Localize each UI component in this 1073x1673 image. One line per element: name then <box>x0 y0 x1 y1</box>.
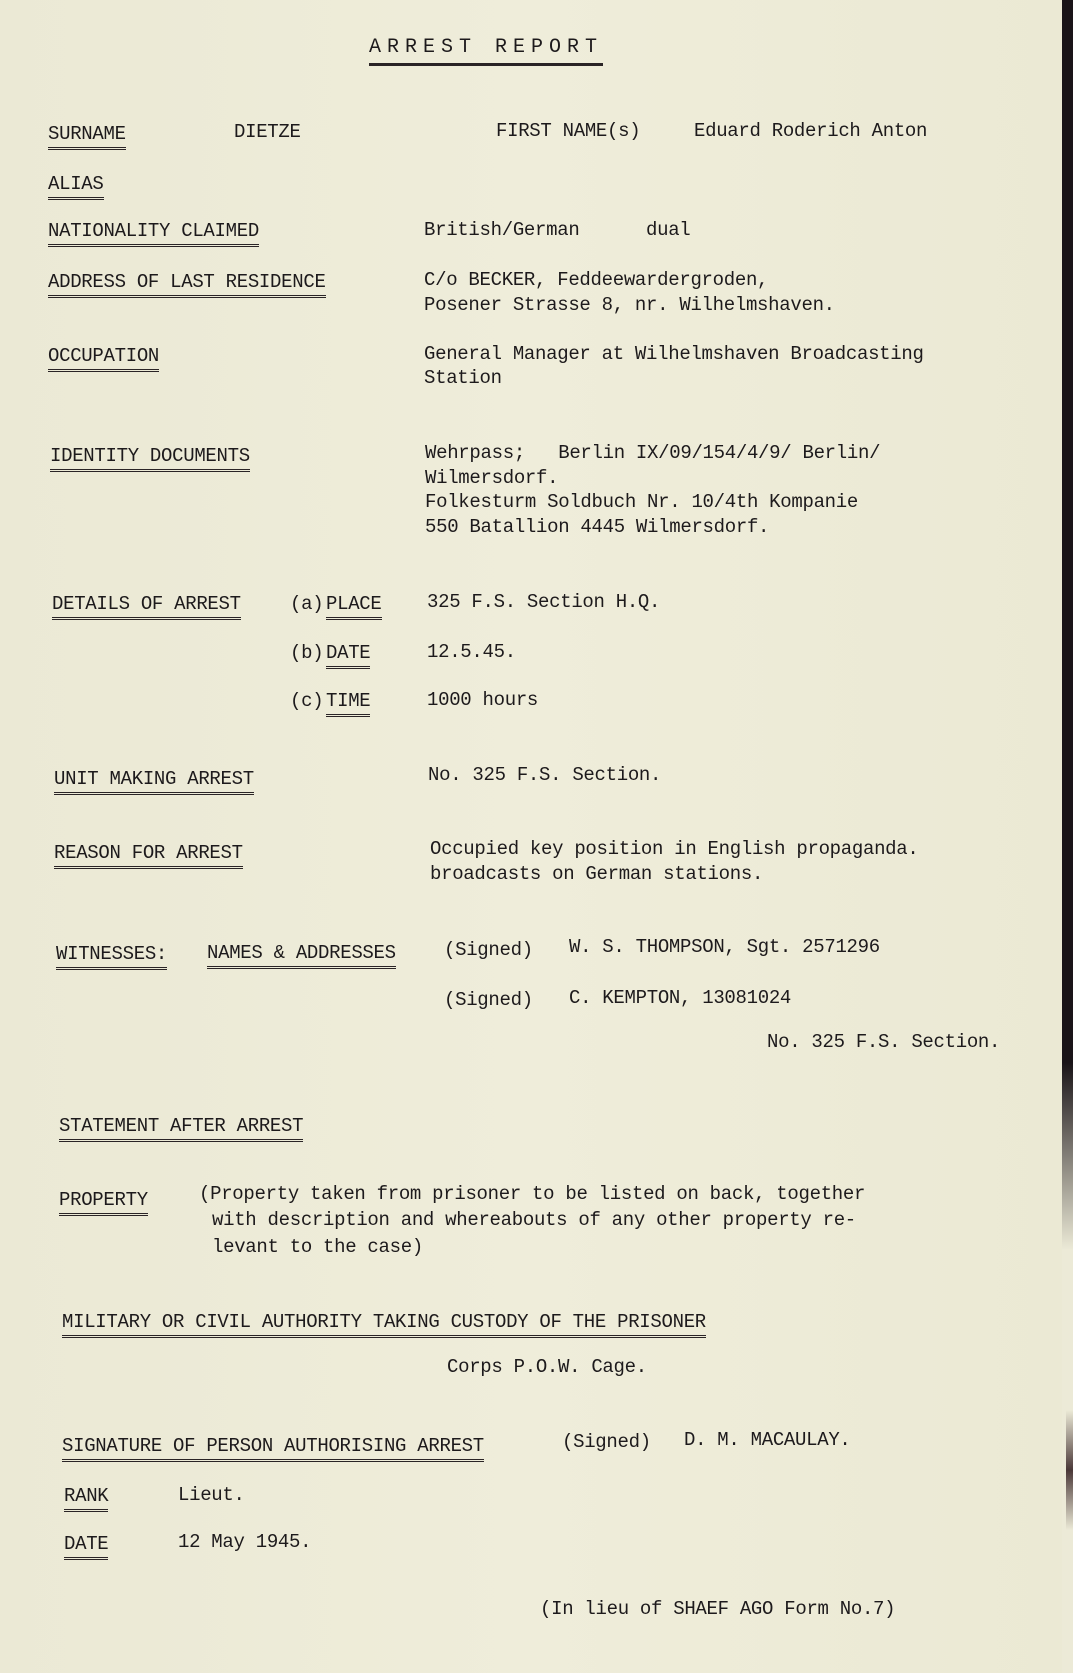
place-prefix: (a) <box>290 592 323 616</box>
witnesses-label: WITNESSES: <box>56 942 167 970</box>
authorising-name: D. M. MACAULAY. <box>684 1428 851 1452</box>
time-value: 1000 hours <box>427 688 538 712</box>
identity-line-2: Wilmersdorf. <box>425 466 558 490</box>
report-title: ARREST REPORT <box>333 12 603 60</box>
property-line-1: (Property taken from prisoner to be list… <box>199 1182 865 1206</box>
property-line-3: levant to the case) <box>212 1235 423 1259</box>
identity-line-3: Folkesturm Soldbuch Nr. 10/4th Kompanie <box>425 490 858 514</box>
custody-label: MILITARY OR CIVIL AUTHORITY TAKING CUSTO… <box>62 1310 706 1338</box>
address-line-1: C/o BECKER, Feddeewardergroden, <box>424 268 768 292</box>
time-label: TIME <box>326 689 370 717</box>
nationality-label: NATIONALITY CLAIMED <box>48 219 259 247</box>
custody-value: Corps P.O.W. Cage. <box>447 1355 647 1379</box>
time-prefix: (c) <box>290 689 323 713</box>
witness-2-signed: (Signed) <box>444 988 533 1012</box>
place-value: 325 F.S. Section H.Q. <box>427 590 660 614</box>
page-edge-shadow-lower <box>1066 1410 1073 1530</box>
identity-documents-label: IDENTITY DOCUMENTS <box>50 444 250 472</box>
property-label: PROPERTY <box>59 1188 148 1216</box>
occupation-line-1: General Manager at Wilhelmshaven Broadca… <box>424 342 924 366</box>
arrest-date-label: DATE <box>326 641 370 669</box>
identity-line-4: 550 Batallion 4445 Wilmersdorf. <box>425 515 769 539</box>
first-names-value: Eduard Roderich Anton <box>694 119 927 143</box>
occupation-label: OCCUPATION <box>48 344 159 372</box>
first-names-label: FIRST NAME(s) <box>496 119 640 143</box>
witnesses-unit: No. 325 F.S. Section. <box>767 1030 1000 1054</box>
date-prefix: (b) <box>290 641 323 665</box>
reason-label: REASON FOR ARREST <box>54 841 243 869</box>
identity-line-1: Wehrpass; Berlin IX/09/154/4/9/ Berlin/ <box>425 441 880 465</box>
date-value: 12 May 1945. <box>178 1530 311 1554</box>
reason-line-2: broadcasts on German stations. <box>430 862 763 886</box>
witnesses-sublabel: NAMES & ADDRESSES <box>207 941 396 969</box>
date-label: DATE <box>64 1532 108 1560</box>
form-footer: (In lieu of SHAEF AGO Form No.7) <box>540 1597 895 1621</box>
statement-label: STATEMENT AFTER ARREST <box>59 1114 303 1142</box>
reason-line-1: Occupied key position in English propaga… <box>430 837 918 861</box>
surname-value: DIETZE <box>234 120 301 144</box>
rank-value: Lieut. <box>178 1483 245 1507</box>
surname-label: SURNAME <box>48 122 126 150</box>
authorising-label: SIGNATURE OF PERSON AUTHORISING ARREST <box>62 1434 484 1462</box>
arrest-date-value: 12.5.45. <box>427 640 516 664</box>
nationality-note: dual <box>646 218 690 242</box>
page-edge-shadow <box>1062 0 1073 1250</box>
rank-label: RANK <box>64 1484 108 1512</box>
occupation-line-2: Station <box>424 366 502 390</box>
witness-1-signed: (Signed) <box>444 938 533 962</box>
witness-1-name: W. S. THOMPSON, Sgt. 2571296 <box>569 935 880 959</box>
witness-2-name: C. KEMPTON, 13081024 <box>569 986 791 1010</box>
details-of-arrest-label: DETAILS OF ARREST <box>52 592 241 620</box>
alias-label: ALIAS <box>48 172 104 200</box>
nationality-value: British/German <box>424 218 579 242</box>
unit-making-arrest-label: UNIT MAKING ARREST <box>54 767 254 795</box>
address-label: ADDRESS OF LAST RESIDENCE <box>48 270 326 298</box>
address-line-2: Posener Strasse 8, nr. Wilhelmshaven. <box>424 293 835 317</box>
authorising-signed: (Signed) <box>562 1430 651 1454</box>
unit-making-arrest-value: No. 325 F.S. Section. <box>428 763 661 787</box>
report-title-text: ARREST REPORT <box>369 36 603 66</box>
property-line-2: with description and whereabouts of any … <box>212 1208 856 1232</box>
place-label: PLACE <box>326 592 382 620</box>
